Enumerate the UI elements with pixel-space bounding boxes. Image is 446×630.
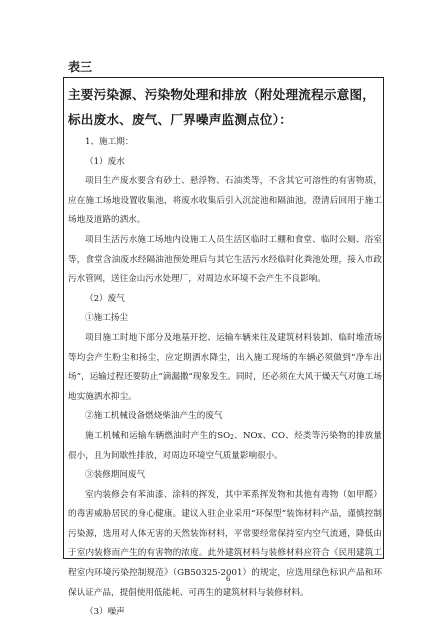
subsection-construction-period: 1、施工期： [68,133,382,153]
item-construction-dust: ①施工扬尘 [68,309,382,329]
text-so2-prefix: 施工机械和运输车辆燃油时产生的SO [85,431,230,441]
content-box: 主要污染源、污染物处理和排放（附处理流程示意图，标出废水、废气、厂界噪声监测点位… [63,77,384,559]
subsection-wastewater: （1）废水 [68,153,382,173]
subsection-noise: （3）噪声 [68,603,382,623]
paragraph-dust-control: 项目施工时地下部分及地基开挖、运输车辆来往及建筑材料装卸、临时堆渣场等均会产生粉… [68,329,382,407]
page-number: 6 [226,575,230,583]
section-body: 1、施工期： （1）废水 项目生产废水要含有砂土、悬浮物、石油类等，不含其它可溶… [68,133,382,623]
item-decoration-exhaust: ③装修期间废气 [68,466,382,486]
table-label: 表三 [68,58,92,75]
subsection-exhaust-gas: （2）废气 [68,290,382,310]
paragraph-decoration-exhaust: 室内装修会有苯油漆、涂料的挥发，其中苯系挥发物和其他有毒物（如甲醛）的毒害威胁居… [68,486,382,604]
paragraph-diesel-exhaust: 施工机械和运输车辆燃油时产生的SO2、NOx、CO、烃类等污染物的排放量很小，且… [68,427,382,466]
section-heading: 主要污染源、污染物处理和排放（附处理流程示意图，标出废水、废气、厂界噪声监测点位… [68,82,380,132]
paragraph-domestic-sewage: 项目生活污水施工场地内设施工人员生活区临时工棚和食堂、临时公厕、浴室等，食堂含油… [68,231,382,290]
item-diesel-exhaust: ②施工机械设备燃烧柴油产生的废气 [68,407,382,427]
paragraph-production-wastewater: 项目生产废水要含有砂土、悬浮物、石油类等，不含其它可溶性的有害物质，应在施工场地… [68,172,382,231]
